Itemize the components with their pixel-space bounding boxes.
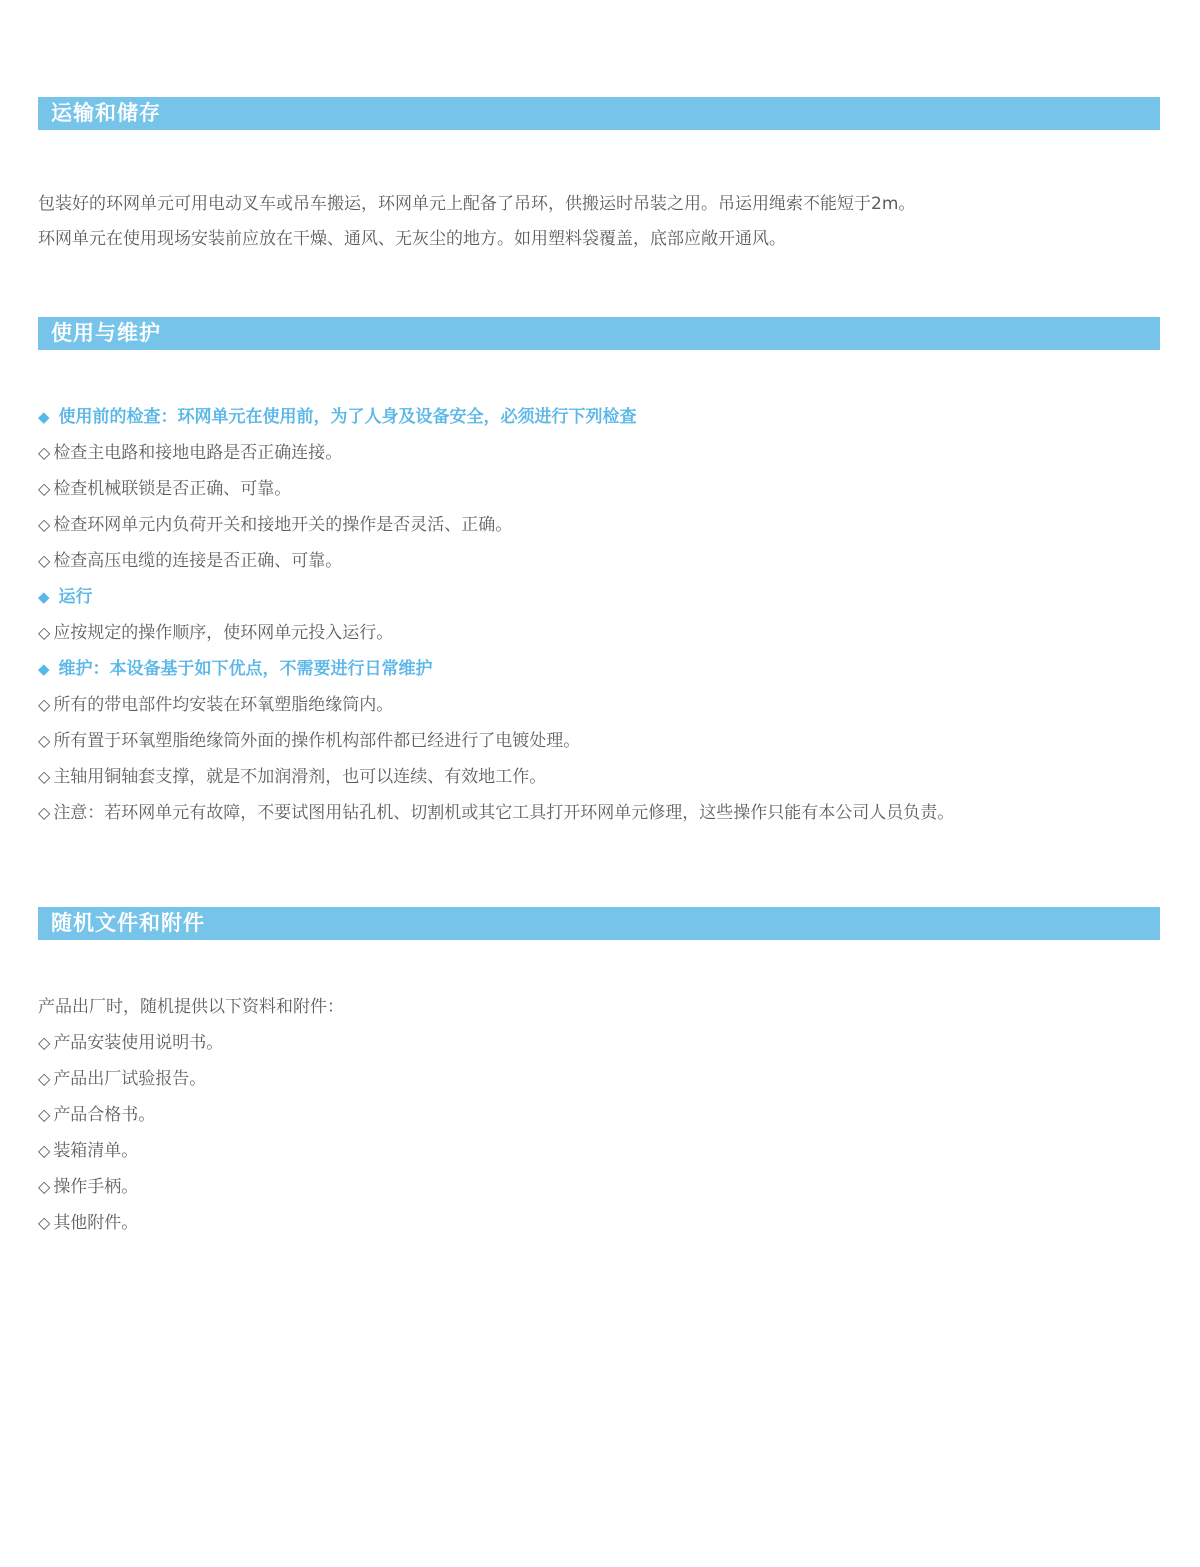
list-item: ◇产品合格书。 [38,1097,1168,1133]
list-item: ◇其他附件。 [38,1205,1168,1241]
list-item: ◇装箱清单。 [38,1133,1168,1169]
list-item: ◇所有的带电部件均安装在环氧塑脂绝缘筒内。 [38,687,1168,723]
bullet-diamond-filled-icon: ◆ [38,588,50,606]
bullet-diamond-open-icon: ◇ [38,1213,50,1232]
bullet-diamond-open-icon: ◇ [38,479,50,498]
bullet-diamond-open-icon: ◇ [38,443,50,462]
list-item: ◇检查机械联锁是否正确、可靠。 [38,471,1168,507]
documents-list: 产品出厂时，随机提供以下资料和附件： ◇产品安装使用说明书。 ◇产品出厂试验报告… [38,989,1168,1241]
bullet-diamond-open-icon: ◇ [38,515,50,534]
document-page: 运输和储存 包装好的环网单元可用电动叉车或吊车搬运，环网单元上配备了吊环，供搬运… [0,0,1200,1567]
bullet-diamond-open-icon: ◇ [38,1033,50,1052]
bullet-diamond-open-icon: ◇ [38,731,50,750]
section-title: 使用与维护 [51,321,161,345]
bullet-diamond-filled-icon: ◆ [38,660,50,678]
list-item: ◇检查环网单元内负荷开关和接地开关的操作是否灵活、正确。 [38,507,1168,543]
subheading-text: 使用前的检查：环网单元在使用前，为了人身及设备安全，必须进行下列检查 [59,407,637,427]
list-item: ◇检查主电路和接地电路是否正确连接。 [38,435,1168,471]
list-item-text: 产品合格书。 [53,1105,155,1125]
bullet-diamond-open-icon: ◇ [38,767,50,786]
usage-list: ◆使用前的检查：环网单元在使用前，为了人身及设备安全，必须进行下列检查 ◇检查主… [38,399,1168,831]
list-item-text: 检查机械联锁是否正确、可靠。 [53,479,291,499]
list-item-text: 所有置于环氧塑脂绝缘筒外面的操作机构部件都已经进行了电镀处理。 [53,731,580,751]
list-item: ◇产品出厂试验报告。 [38,1061,1168,1097]
bullet-diamond-open-icon: ◇ [38,695,50,714]
list-item-text: 产品出厂试验报告。 [53,1069,206,1089]
section-header-transport: 运输和储存 [38,97,1160,130]
list-item-text: 操作手柄。 [53,1177,138,1197]
list-item: ◇检查高压电缆的连接是否正确、可靠。 [38,543,1168,579]
list-item: ◇主轴用铜轴套支撑，就是不加润滑剂，也可以连续、有效地工作。 [38,759,1168,795]
section-header-documents: 随机文件和附件 [38,907,1160,940]
bullet-diamond-open-icon: ◇ [38,551,50,570]
transport-paragraphs: 包装好的环网单元可用电动叉车或吊车搬运，环网单元上配备了吊环，供搬运时吊装之用。… [38,187,1148,257]
list-item-text: 装箱清单。 [53,1141,138,1161]
list-item: ◇应按规定的操作顺序，使环网单元投入运行。 [38,615,1168,651]
section-title: 随机文件和附件 [51,911,205,935]
list-item-text: 检查主电路和接地电路是否正确连接。 [53,443,342,463]
list-item-text: 注意：若环网单元有故障，不要试图用钻孔机、切割机或其它工具打开环网单元修理，这些… [53,803,954,823]
list-item: ◇产品安装使用说明书。 [38,1025,1168,1061]
list-item-text: 其他附件。 [53,1213,138,1233]
bullet-diamond-open-icon: ◇ [38,803,50,822]
list-item-text: 检查环网单元内负荷开关和接地开关的操作是否灵活、正确。 [53,515,512,535]
bullet-diamond-open-icon: ◇ [38,1069,50,1088]
subheading-text: 维护：本设备基于如下优点，不需要进行日常维护 [59,659,433,679]
list-item-text: 应按规定的操作顺序，使环网单元投入运行。 [53,623,393,643]
list-subheading: ◆维护：本设备基于如下优点，不需要进行日常维护 [38,651,1168,687]
bullet-diamond-open-icon: ◇ [38,623,50,642]
section-header-usage: 使用与维护 [38,317,1160,350]
list-item: ◇注意：若环网单元有故障，不要试图用钻孔机、切割机或其它工具打开环网单元修理，这… [38,795,1168,831]
paragraph: 包装好的环网单元可用电动叉车或吊车搬运，环网单元上配备了吊环，供搬运时吊装之用。… [38,187,1148,222]
list-intro: 产品出厂时，随机提供以下资料和附件： [38,989,1168,1025]
bullet-diamond-filled-icon: ◆ [38,408,50,426]
list-item-text: 产品安装使用说明书。 [53,1033,223,1053]
list-item-text: 主轴用铜轴套支撑，就是不加润滑剂，也可以连续、有效地工作。 [53,767,546,787]
bullet-diamond-open-icon: ◇ [38,1177,50,1196]
bullet-diamond-open-icon: ◇ [38,1105,50,1124]
list-item: ◇所有置于环氧塑脂绝缘筒外面的操作机构部件都已经进行了电镀处理。 [38,723,1168,759]
paragraph: 环网单元在使用现场安装前应放在干燥、通风、无灰尘的地方。如用塑料袋覆盖，底部应敞… [38,222,1148,257]
section-title: 运输和储存 [51,101,161,125]
list-item: ◇操作手柄。 [38,1169,1168,1205]
list-subheading: ◆使用前的检查：环网单元在使用前，为了人身及设备安全，必须进行下列检查 [38,399,1168,435]
subheading-text: 运行 [59,587,93,607]
list-item-text: 检查高压电缆的连接是否正确、可靠。 [53,551,342,571]
bullet-diamond-open-icon: ◇ [38,1141,50,1160]
list-item-text: 所有的带电部件均安装在环氧塑脂绝缘筒内。 [53,695,393,715]
list-subheading: ◆运行 [38,579,1168,615]
